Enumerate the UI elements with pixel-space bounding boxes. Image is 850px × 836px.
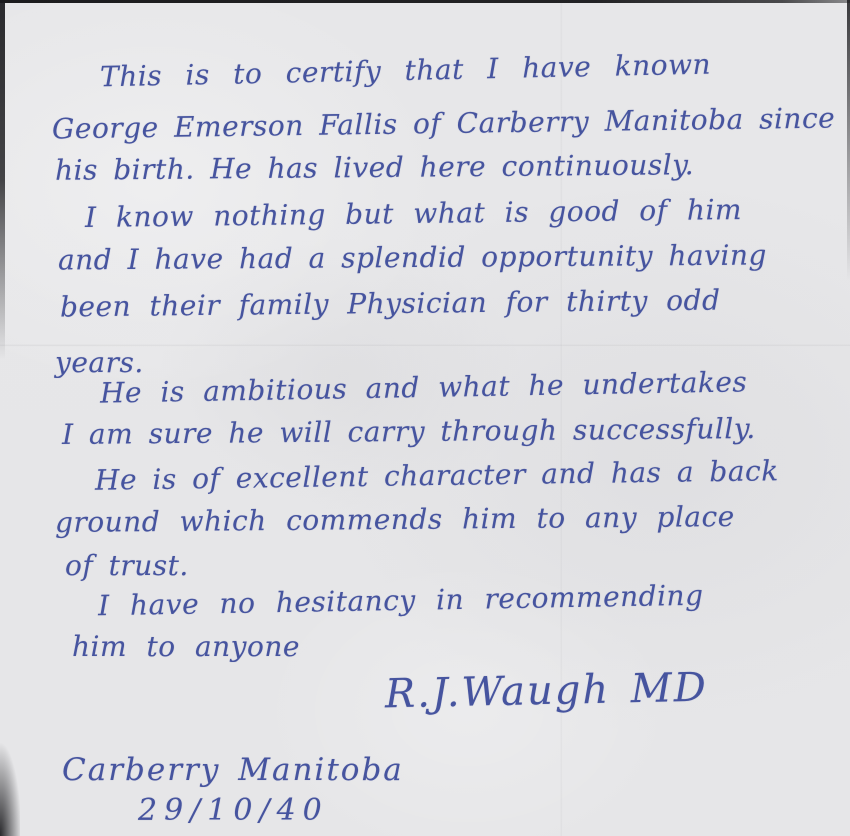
handwritten-line: This is to certify that I have known <box>100 48 712 94</box>
handwritten-line: He is of excellent character and has a b… <box>95 454 779 497</box>
handwritten-line: of trust. <box>65 549 189 582</box>
scanned-letter-page: This is to certify that I have known Geo… <box>0 0 850 836</box>
handwritten-line: He is ambitious and what he undertakes <box>100 365 748 409</box>
date-line: 29/10/40 <box>138 793 329 828</box>
signature: R.J.Waugh MD <box>385 665 709 718</box>
place-line: Carberry Manitoba <box>62 752 404 788</box>
handwritten-line: I have no hesitancy in recommending <box>98 579 704 623</box>
handwritten-line: I am sure he will carry through successf… <box>62 412 756 451</box>
handwritten-line: years. <box>55 346 144 379</box>
handwritten-line: been their family Physician for thirty o… <box>60 284 721 324</box>
handwritten-line: and I have had a splendid opportunity ha… <box>58 239 767 277</box>
handwritten-line: George Emerson Fallis of Carberry Manito… <box>52 102 836 146</box>
scan-edge-top <box>0 0 850 3</box>
scan-edge-bottom-left-corner <box>0 726 20 836</box>
handwritten-line: his birth. He has lived here continuousl… <box>55 148 694 187</box>
handwritten-line: ground which commends him to any place <box>55 500 735 539</box>
scan-edge-left <box>0 0 5 360</box>
handwritten-line: him to anyone <box>72 630 300 663</box>
handwritten-line: I know nothing but what is good of him <box>85 193 742 234</box>
